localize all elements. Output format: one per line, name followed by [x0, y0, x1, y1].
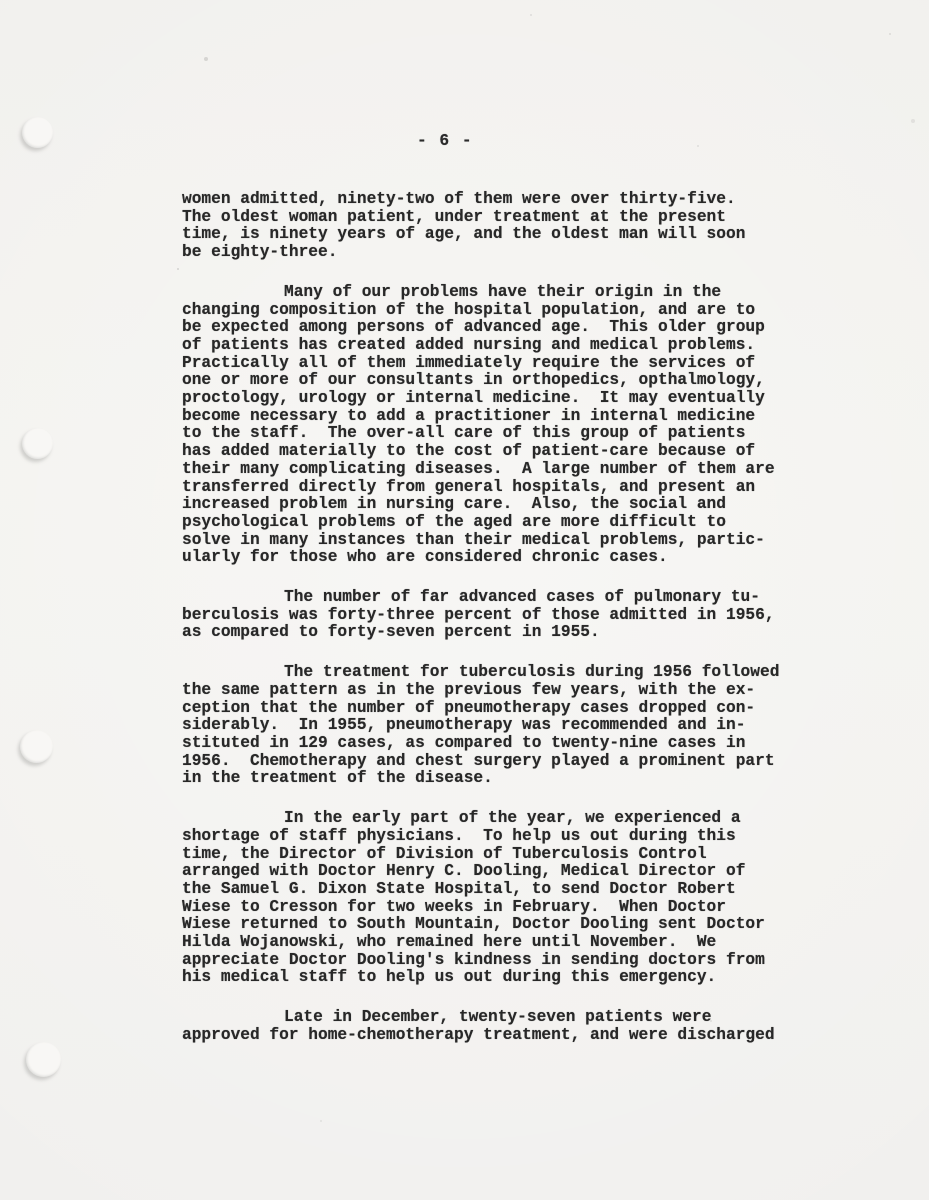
paragraph-far-advanced-cases: The number of far advanced cases of pulm…	[182, 589, 788, 642]
page-number: - 6 -	[417, 132, 473, 150]
paragraph-home-chemotherapy: Late in December, twenty-seven patients …	[182, 1009, 788, 1044]
paragraph-treatment-1956: The treatment for tuberculosis during 19…	[182, 664, 788, 788]
document-body: women admitted, ninety-two of them were …	[182, 191, 788, 1067]
scan-specks	[0, 0, 2, 2]
scanned-document-page: - 6 - women admitted, ninety-two of them…	[0, 0, 929, 1200]
punch-hole-top	[22, 117, 53, 148]
punch-hole-bottom	[26, 1042, 61, 1077]
paragraph-continuation: women admitted, ninety-two of them were …	[182, 191, 788, 262]
punch-hole-lower-middle	[20, 730, 53, 763]
punch-hole-upper-middle	[22, 428, 53, 459]
paragraph-aging-population: Many of our problems have their origin i…	[182, 284, 788, 567]
paragraph-staff-shortage: In the early part of the year, we experi…	[182, 810, 788, 987]
